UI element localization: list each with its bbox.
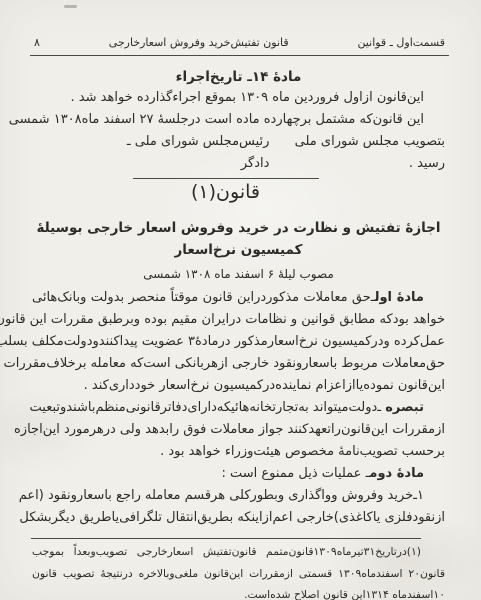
paragraph-line: عمل‌کرده ودرکمیسیون نرخ‌اسعارمذکور درماد…: [32, 331, 445, 353]
approval-line: بتصویب مجلس شورای ملی رسید . رئیس‌مجلس ش…: [32, 131, 445, 175]
paragraph-text: ـ عملیات ذیل ممنوع است :: [221, 466, 369, 481]
article14-paragraph: این‌قانون ازاول فروردین ماه ۱۳۰۹ بموقع ا…: [32, 87, 445, 175]
note-lead: تبصره: [385, 400, 424, 415]
paragraph-line: تبصره ـ‌دولت‌میتواند به‌تجارتخانه‌هائیکه…: [32, 397, 445, 419]
paragraph-line: حق‌معاملات مربوط باسعارونقود خارجی ازهرب…: [32, 353, 445, 375]
article2-lead: مادهٔ دوم: [369, 466, 424, 481]
paragraph-line: ۱ـ‌خرید وفروش وواگذاری وبطورکلی هرقسم مع…: [32, 485, 445, 507]
paragraph-line: ازمقررات این‌قانون‌راتعهدکنند جواز معامل…: [32, 419, 445, 441]
paragraph-line: برحسب تصویب‌نامهٔ مخصوص هیئت‌وزراء خواهد…: [32, 441, 445, 463]
scan-artifact-speck: [64, 5, 77, 8]
footnote-block: (۱)درتاریخ۳۱تیرماه۱۳۰۹قانون‌متمم قانون‌ت…: [32, 541, 445, 600]
header-chapter-title: قانون تفتیش‌خرید وفروش اسعارخارجی: [109, 36, 289, 50]
footnote-line: (۱)درتاریخ۳۱تیرماه۱۳۰۹قانون‌متمم قانون‌ت…: [32, 541, 445, 563]
header-section-label: قسمت‌اول ـ قوانین: [357, 36, 445, 50]
document-page: قسمت‌اول ـ قوانین قانون تفتیش‌خرید وفروش…: [0, 0, 481, 600]
law-subtitle-line: اجازهٔ تفتیش و نظارت در خرید وفروش اسعار…: [32, 217, 445, 239]
page-number: ۸: [34, 36, 40, 50]
paragraph-line: مادهٔ اولـ‌حق معاملات مذکوردراین قانون م…: [32, 287, 445, 309]
footnote-line: قانون۲۰ اسفندماه۱۳۰۹ قسمتی ازمقررات این‌…: [32, 563, 445, 585]
article2-heading-line: مادهٔ دومـ عملیات ذیل ممنوع است :: [32, 463, 445, 485]
footnote-line: ۱۰اسفندماه ۱۳۱۴این قانون اصلاح شده‌است.: [32, 584, 445, 600]
paragraph-line: ازنقودفلزی یاکاغذی)خارجی اعم‌ازاینکه بطر…: [32, 507, 445, 529]
approval-text: بتصویب مجلس شورای ملی رسید .: [269, 131, 445, 175]
page-header: قسمت‌اول ـ قوانین قانون تفتیش‌خرید وفروش…: [30, 0, 449, 56]
page-body: مادهٔ ۱۴ـ تاریخ‌اجراء این‌قانون ازاول فر…: [32, 68, 445, 600]
law-heading: قانون(۱): [19, 179, 432, 205]
law-approval-date: مصوب لیلهٔ ۶ اسفند ماه ۱۳۰۸ شمسی: [32, 264, 445, 284]
paragraph-text: ـ‌دولت‌میتواند به‌تجارتخانه‌هائیکه‌دارای…: [30, 400, 386, 415]
paragraph-line: این‌قانون ازاول فروردین ماه ۱۳۰۹ بموقع ا…: [32, 87, 445, 109]
item1-paragraph: ۱ـ‌خرید وفروش وواگذاری وبطورکلی هرقسم مع…: [32, 485, 445, 529]
speaker-signature: رئیس‌مجلس شورای ملی ـ دادگر: [108, 131, 269, 175]
paragraph-line: خواهد بودکه مطابق قوانین و نظامات درایرا…: [32, 309, 445, 331]
law-subtitle: اجازهٔ تفتیش و نظارت در خرید وفروش اسعار…: [32, 217, 445, 261]
footnote-separator-rule: [31, 538, 421, 539]
paragraph-line: این قانون‌که مشتمل برچهارده ماده است درج…: [32, 109, 445, 131]
article1-paragraph: مادهٔ اولـ‌حق معاملات مذکوردراین قانون م…: [32, 287, 445, 397]
paragraph-line: این‌قانون نموده‌یاازاعزام نماینده‌درکمیس…: [32, 375, 445, 397]
note-paragraph: تبصره ـ‌دولت‌میتواند به‌تجارتخانه‌هائیکه…: [32, 397, 445, 463]
article1-lead: مادهٔ اول: [375, 290, 424, 305]
law-subtitle-line: کمیسیون نرخ‌اسعار: [32, 239, 445, 261]
paragraph-text: ـ‌حق معاملات مذکوردراین قانون موقتاً منح…: [32, 290, 375, 305]
article14-heading: مادهٔ ۱۴ـ تاریخ‌اجراء: [32, 68, 445, 87]
